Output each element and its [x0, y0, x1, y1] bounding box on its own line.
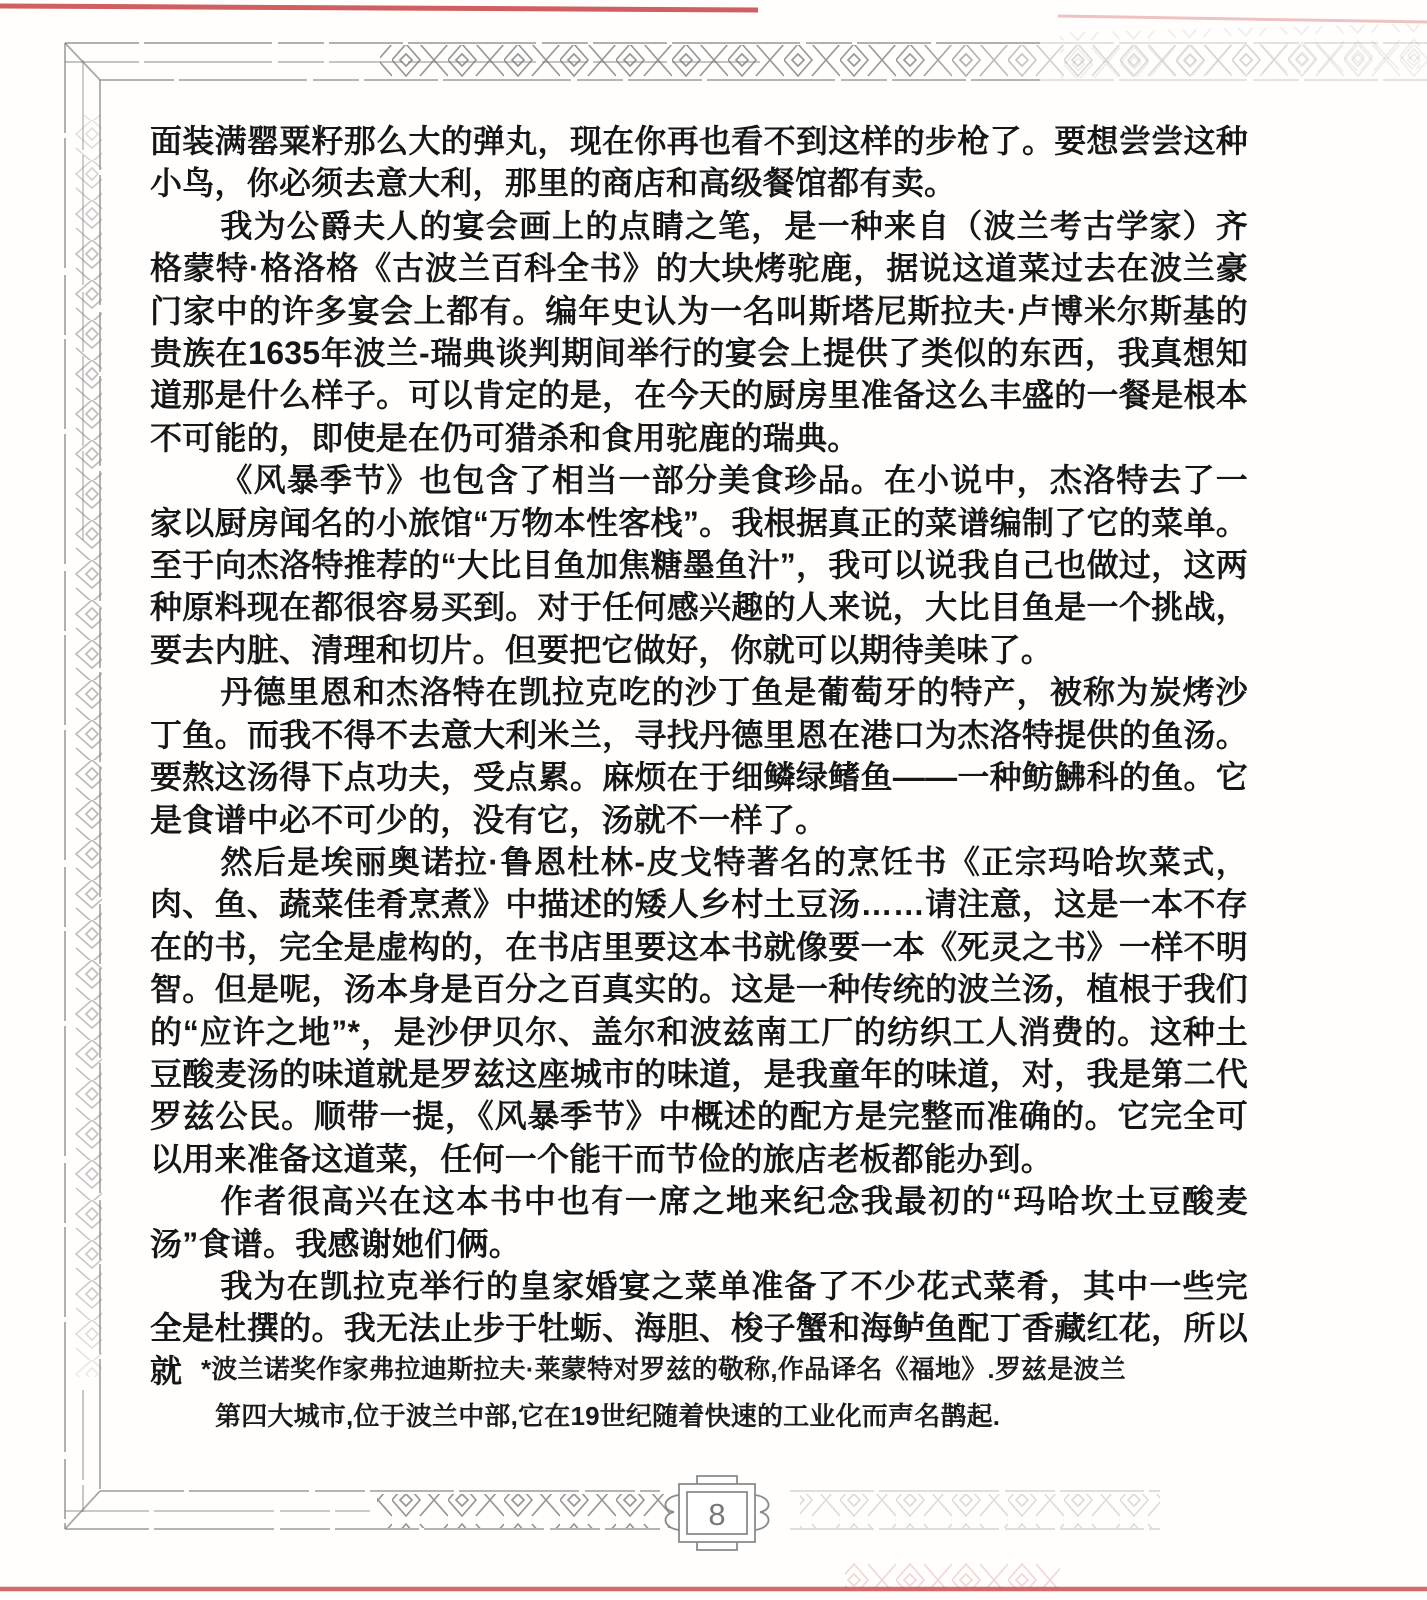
page-number-label: 8 [699, 1497, 735, 1533]
book-page-scan: 面装满罂粟籽那么大的弹丸，现在你再也看不到这样的步枪了。要想尝尝这种小鸟，你必须… [0, 0, 1427, 1600]
top-right-faded-lattice [1059, 23, 1420, 78]
paragraph: 作者很高兴在这本书中也有一席之地来纪念我最初的“玛哈坎土豆酸麦汤”食谱。我感谢她… [150, 1180, 1248, 1265]
left-border-lattice [64, 115, 102, 1377]
footnote-line: *波兰诺奖作家弗拉迪斯拉夫·莱蒙特对罗兹的敬称,作品译名《福地》.罗兹是波兰 [201, 1346, 1291, 1393]
paragraph: 我为公爵夫人的宴会画上的点睛之笔，是一种来自（波兰考古学家）齐格蒙特·格洛格《古… [150, 205, 1248, 459]
paragraph: 丹德里恩和杰洛特在凯拉克吃的沙丁鱼是葡萄牙的特产，被称为炭烤沙丁鱼。而我不得不去… [150, 671, 1248, 841]
bottom-border-lattice [377, 1494, 670, 1528]
footnote: *波兰诺奖作家弗拉迪斯拉夫·莱蒙特对罗兹的敬称,作品译名《福地》.罗兹是波兰 第… [201, 1346, 1291, 1440]
paragraph: 面装满罂粟籽那么大的弹丸，现在你再也看不到这样的步枪了。要想尝尝这种小鸟，你必须… [150, 120, 1248, 205]
bottom-red-lattice-bleed [845, 1560, 1060, 1588]
footnote-line: 第四大城市,位于波兰中部,它在19世纪随着快速的工业化而声名鹊起. [201, 1393, 1291, 1440]
paragraph: 然后是埃丽奥诺拉·鲁恩杜林-皮戈特著名的烹饪书《正宗玛哈坎菜式，肉、鱼、蔬菜佳肴… [150, 841, 1248, 1180]
body-text: 面装满罂粟籽那么大的弹丸，现在你再也看不到这样的步枪了。要想尝尝这种小鸟，你必须… [150, 120, 1248, 1392]
bottom-right-faded-lattice [800, 1494, 1160, 1528]
paragraph: 《风暴季节》也包含了相当一部分美食珍品。在小说中，杰洛特去了一家以厨房闻名的小旅… [150, 459, 1248, 671]
